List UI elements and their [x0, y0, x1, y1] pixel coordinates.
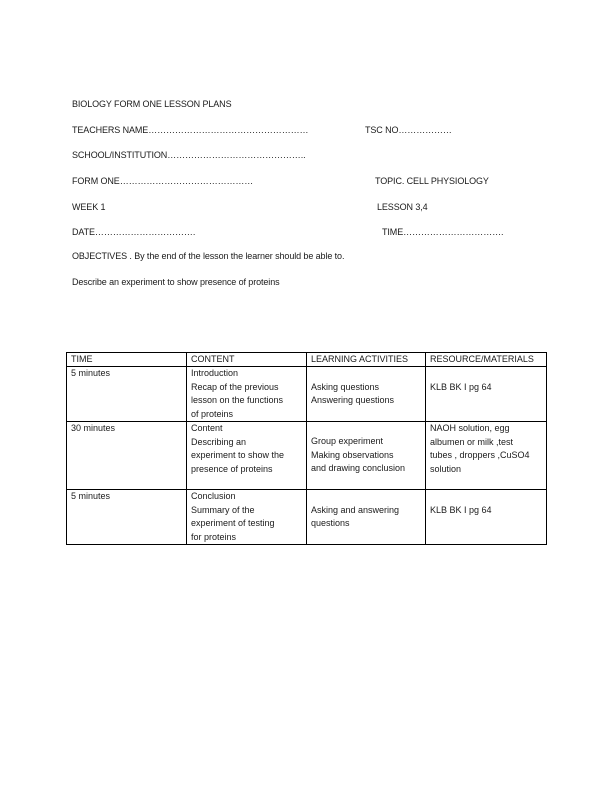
- content-line: Describing an: [191, 436, 302, 450]
- content-line: experiment to show the: [191, 449, 302, 463]
- document-title: BIOLOGY FORM ONE LESSON PLANS: [72, 99, 231, 110]
- activity-line: questions: [311, 517, 421, 531]
- teachers-name-field: TEACHERS NAME………………………………………………: [72, 125, 308, 136]
- school-field: SCHOOL/INSTITUTION………………………………………..: [72, 150, 306, 161]
- cell-content: Content Describing an experiment to show…: [187, 422, 307, 490]
- lesson-plan-table: TIME CONTENT LEARNING ACTIVITIES RESOURC…: [66, 352, 547, 545]
- activity-line: and drawing conclusion: [311, 462, 421, 476]
- cell-resources: KLB BK I pg 64: [426, 367, 547, 422]
- content-line: Introduction: [191, 367, 302, 381]
- activity-line: Asking questions: [311, 381, 421, 395]
- header-time: TIME: [67, 353, 187, 367]
- cell-time: 30 minutes: [67, 422, 187, 490]
- activity-line: Group experiment: [311, 435, 421, 449]
- content-line: of proteins: [191, 408, 302, 422]
- resource-line: NAOH solution, egg: [430, 422, 542, 436]
- table-row: 5 minutes Introduction Recap of the prev…: [67, 367, 547, 422]
- cell-activities: Group experiment Making observations and…: [307, 422, 426, 490]
- activity-line: Answering questions: [311, 394, 421, 408]
- content-line: for proteins: [191, 531, 302, 545]
- topic-field: TOPIC. CELL PHYSIOLOGY: [375, 176, 489, 187]
- objective-item: Describe an experiment to show presence …: [72, 277, 280, 288]
- table-row: 30 minutes Content Describing an experim…: [67, 422, 547, 490]
- resource-line: KLB BK I pg 64: [430, 504, 542, 518]
- form-field: FORM ONE………………………………………: [72, 176, 253, 187]
- week-field: WEEK 1: [72, 202, 105, 213]
- content-line: Summary of the: [191, 504, 302, 518]
- cell-activities: Asking questions Answering questions: [307, 367, 426, 422]
- objectives-heading: OBJECTIVES . By the end of the lesson th…: [72, 251, 344, 262]
- cell-content: Introduction Recap of the previous lesso…: [187, 367, 307, 422]
- cell-activities: Asking and answering questions: [307, 490, 426, 545]
- header-content: CONTENT: [187, 353, 307, 367]
- cell-time: 5 minutes: [67, 490, 187, 545]
- cell-content: Conclusion Summary of the experiment of …: [187, 490, 307, 545]
- content-line: lesson on the functions: [191, 394, 302, 408]
- activity-line: Making observations: [311, 449, 421, 463]
- activity-line: Asking and answering: [311, 504, 421, 518]
- cell-time: 5 minutes: [67, 367, 187, 422]
- lesson-field: LESSON 3,4: [377, 202, 428, 213]
- resource-line: solution: [430, 463, 542, 477]
- table-header-row: TIME CONTENT LEARNING ACTIVITIES RESOURC…: [67, 353, 547, 367]
- table-row: 5 minutes Conclusion Summary of the expe…: [67, 490, 547, 545]
- cell-resources: NAOH solution, egg albumen or milk ,test…: [426, 422, 547, 490]
- resource-line: KLB BK I pg 64: [430, 381, 542, 395]
- content-line: Conclusion: [191, 490, 302, 504]
- content-line: experiment of testing: [191, 517, 302, 531]
- resource-line: albumen or milk ,test: [430, 436, 542, 450]
- cell-resources: KLB BK I pg 64: [426, 490, 547, 545]
- content-line: Content: [191, 422, 302, 436]
- header-learning-activities: LEARNING ACTIVITIES: [307, 353, 426, 367]
- resource-line: tubes , droppers ,CuSO4: [430, 449, 542, 463]
- tsc-no-field: TSC NO………………: [365, 125, 452, 136]
- date-field: DATE…………………………….: [72, 227, 195, 238]
- header-resources: RESOURCE/MATERIALS: [426, 353, 547, 367]
- content-line: Recap of the previous: [191, 381, 302, 395]
- content-line: presence of proteins: [191, 463, 302, 477]
- time-field: TIME…………………………….: [382, 227, 503, 238]
